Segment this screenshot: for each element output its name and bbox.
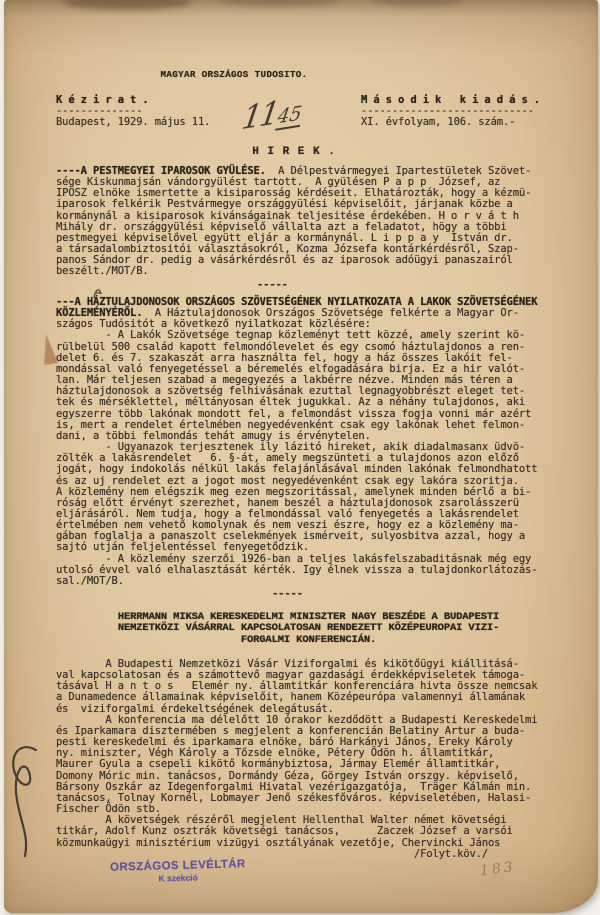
pencil-page-number: 183 [479, 859, 516, 879]
manuscript-block: K é z i r a t . -------------- Budapest,… [56, 95, 210, 128]
handwritten-minutes: 45 [276, 102, 304, 131]
paper-smudge [372, 0, 462, 6]
paper-smudge [219, 0, 339, 6]
archive-stamp: ORSZÁGOS LEVÉLTÁR K szekció [110, 858, 247, 885]
paper-smudge [62, 0, 192, 10]
handwritten-time-mark: 1145 [239, 91, 305, 138]
handwritten-hours: 11 [239, 95, 280, 138]
article-pestmegyei-iparosok: ----A PESTMEGYEI IPAROSOK GYÜLÉSE. A Dél… [56, 166, 531, 278]
news-section-title: H I R E K . [4, 146, 584, 158]
article-viziforgalmi-body: A Budapesti Nemzetközi Vásár Viziforgalm… [56, 659, 537, 860]
archive-stamp-line2: K szekció [110, 871, 246, 885]
scanned-page: MAGYAR ORSZÁGOS TUDOSITO. K é z i r a t … [4, 0, 598, 913]
section-divider: ----- [272, 589, 303, 600]
article-body: A Délpestvármegyei Ipartestületek Szövet… [56, 165, 531, 277]
edition-block: M á s o d i k k i a d á s . ------------… [361, 95, 540, 128]
dateline: Budapest, 1929. május 11. [56, 116, 210, 128]
article-body: A Háztulajdonosok Országos Szövetsége fe… [56, 307, 537, 587]
masthead-title: MAGYAR ORSZÁGOS TUDOSITO. [4, 69, 464, 80]
margin-flourish-mark [6, 742, 50, 862]
section-divider: ----- [257, 280, 288, 291]
issue-line: XI. évfolyam, 106. szám.- [361, 116, 515, 128]
article-haztulajdonosok: ---A HÁZTULAJDONOSOK ORSZÁGOS SZÖVETSÉGÉ… [56, 297, 537, 587]
article-viziforgalmi-heading: HERRMANN MIKSA KERESKEDELMI MINISZTER NA… [56, 612, 561, 646]
